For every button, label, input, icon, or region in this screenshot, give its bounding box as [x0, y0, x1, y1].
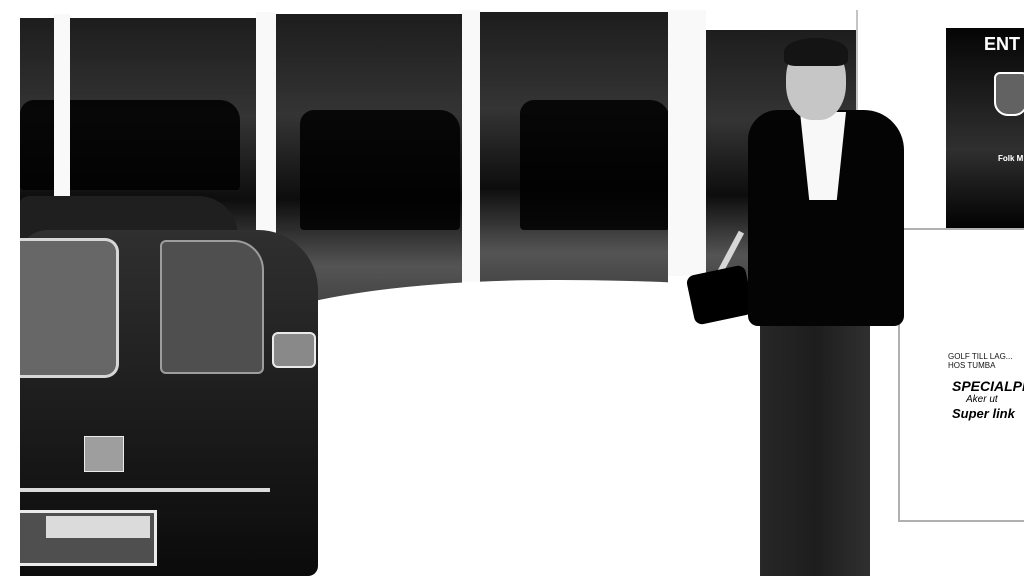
car-side-window [160, 240, 264, 374]
sign-subline: Aker ut [966, 394, 998, 405]
shield-logo-icon [994, 72, 1024, 116]
reflected-car [20, 100, 240, 190]
man-trousers [760, 320, 870, 576]
sign-tagline: Super link [952, 406, 1015, 421]
car-tail-light [46, 516, 150, 538]
car-sticker [84, 436, 124, 472]
sign-headline: SPECIALPR [952, 378, 1024, 394]
man-hair [784, 38, 848, 66]
sign-text-small: GOLF TILL LAG... HOS TUMBA [948, 352, 1024, 370]
photo-border [0, 0, 1024, 10]
sign-line: HOS TUMBA [948, 361, 1024, 370]
car-chrome-trim [20, 488, 270, 492]
entrance-door [946, 28, 1024, 230]
window-frame [668, 6, 706, 276]
reflected-car [300, 110, 460, 230]
photo-border [0, 0, 20, 576]
sign-board [898, 228, 1024, 522]
reflected-car [520, 100, 670, 230]
car-rear-window [20, 238, 119, 378]
door-small-text: Folk M [998, 154, 1023, 163]
photograph: ENT Folk M GOLF TILL LAG... HOS TUMBA SP… [0, 0, 1024, 576]
sign-line: GOLF TILL LAG... [948, 352, 1024, 361]
door-sign-text: ENT [984, 34, 1020, 55]
window-frame [54, 14, 70, 204]
car-side-mirror [272, 332, 316, 368]
